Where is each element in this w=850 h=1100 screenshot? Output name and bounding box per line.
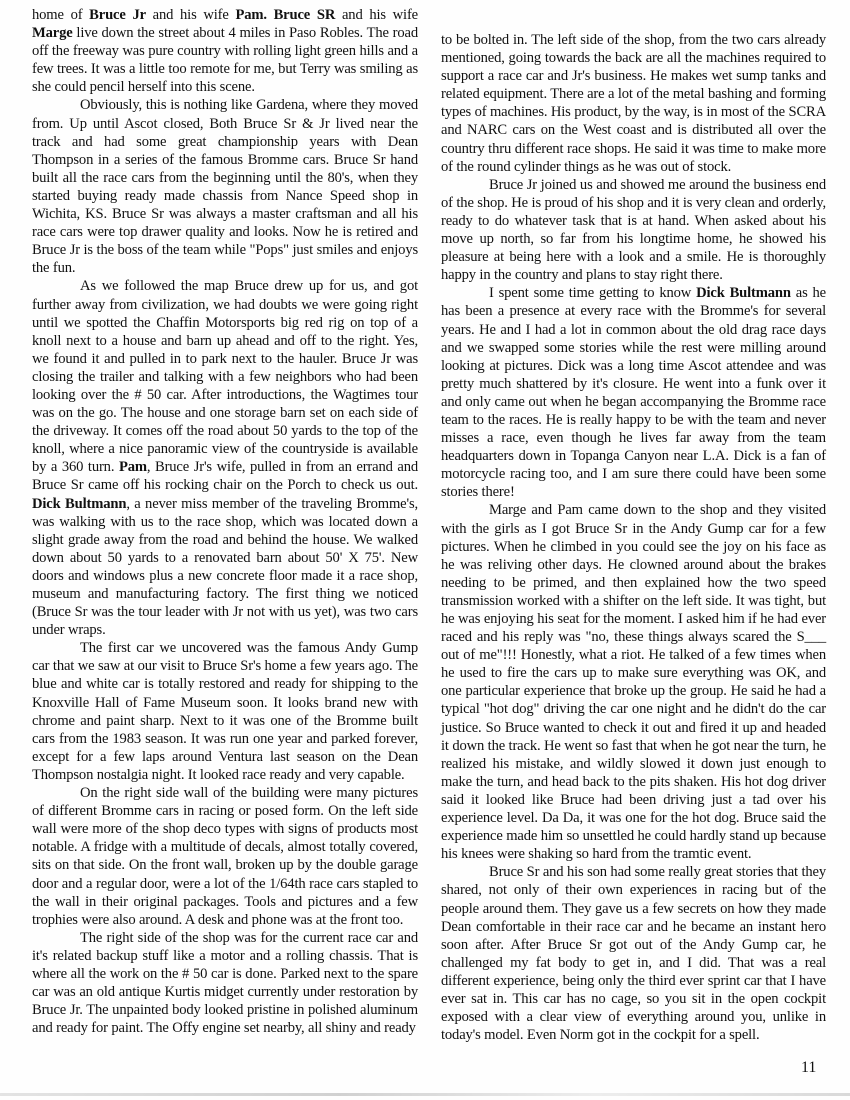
text-run: live down the street about 4 miles in Pa… <box>32 25 418 95</box>
bold-name: Pam. Bruce SR <box>235 7 335 23</box>
bold-name: Pam <box>119 459 147 475</box>
text-run: I spent some time getting to know <box>489 285 696 301</box>
paragraph: I spent some time getting to know Dick B… <box>441 284 826 501</box>
paragraph: Bruce Jr joined us and showed me around … <box>441 176 826 285</box>
paragraph: to be bolted in. The left side of the sh… <box>441 31 826 176</box>
text-run: as he has been a presence at every race … <box>441 285 826 500</box>
text-run: As we followed the map Bruce drew up for… <box>32 278 418 475</box>
document-page: home of Bruce Jr and his wife Pam. Bruce… <box>0 0 850 1100</box>
paragraph: On the right side wall of the building w… <box>32 784 418 929</box>
bold-name: Bruce Jr <box>89 7 146 23</box>
right-column: to be bolted in. The left side of the sh… <box>441 31 826 1044</box>
bold-name: Dick Bultmann <box>696 285 791 301</box>
paragraph: Bruce Sr and his son had some really gre… <box>441 863 826 1044</box>
scan-edge-divider <box>0 1093 850 1096</box>
text-run: home of <box>32 7 89 23</box>
page-number: 11 <box>801 1059 816 1077</box>
bold-name: Marge <box>32 25 73 41</box>
text-run: , a never miss member of the traveling B… <box>32 496 418 639</box>
paragraph: The right side of the shop was for the c… <box>32 929 418 1038</box>
paragraph: Marge and Pam came down to the shop and … <box>441 501 826 863</box>
paragraph: Obviously, this is nothing like Gardena,… <box>32 96 418 277</box>
text-run: and his wife <box>335 7 418 23</box>
left-column: home of Bruce Jr and his wife Pam. Bruce… <box>32 6 418 1037</box>
bold-name: Dick Bultmann <box>32 496 126 512</box>
paragraph: The first car we uncovered was the famou… <box>32 639 418 784</box>
paragraph: As we followed the map Bruce drew up for… <box>32 277 418 639</box>
paragraph: home of Bruce Jr and his wife Pam. Bruce… <box>32 6 418 96</box>
text-run: and his wife <box>146 7 236 23</box>
